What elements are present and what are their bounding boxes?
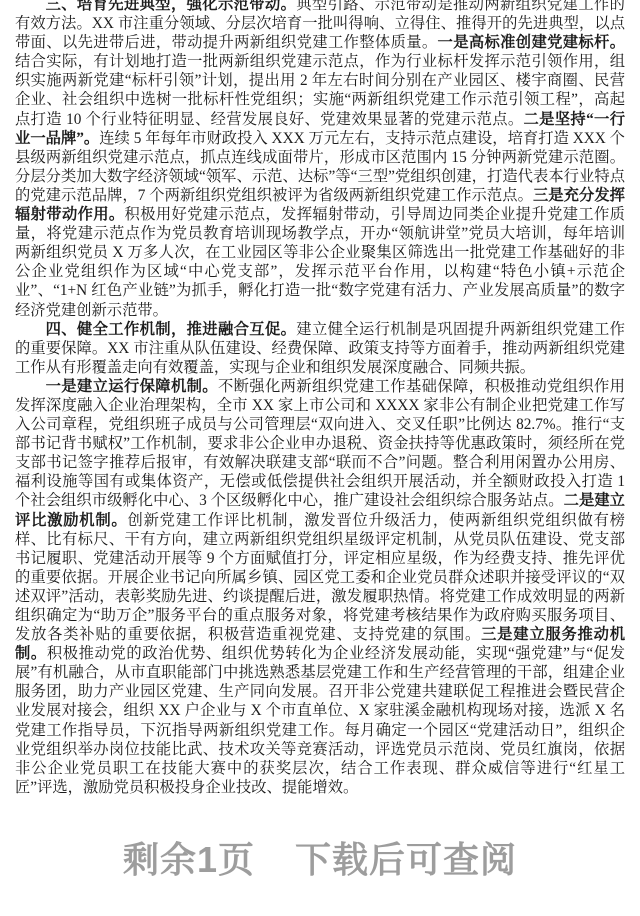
- remaining-pages-label: 剩余1页: [123, 832, 255, 883]
- document-body: 三、培育先进典型，强化示范带动。典型引路、示范带动是推动两新组织党建工作的有效方…: [15, 0, 625, 797]
- document-page: 三、培育先进典型，强化示范带动。典型引路、示范带动是推动两新组织党建工作的有效方…: [0, 0, 640, 916]
- pages-remaining-watermark: 剩余1页下载后可查阅: [0, 832, 640, 883]
- download-to-view-label: 下载后可查阅: [295, 832, 517, 883]
- body-paragraph: 四、健全工作机制，推进融合互促。建立健全运行机制是巩固提升两新组织党建工作的重要…: [15, 320, 625, 377]
- body-paragraph: 三、培育先进典型，强化示范带动。典型引路、示范带动是推动两新组织党建工作的有效方…: [15, 0, 625, 320]
- body-paragraph: 一是建立运行保障机制。不断强化两新组织党建工作基础保障，积极推动党组织作用发挥深…: [15, 377, 625, 797]
